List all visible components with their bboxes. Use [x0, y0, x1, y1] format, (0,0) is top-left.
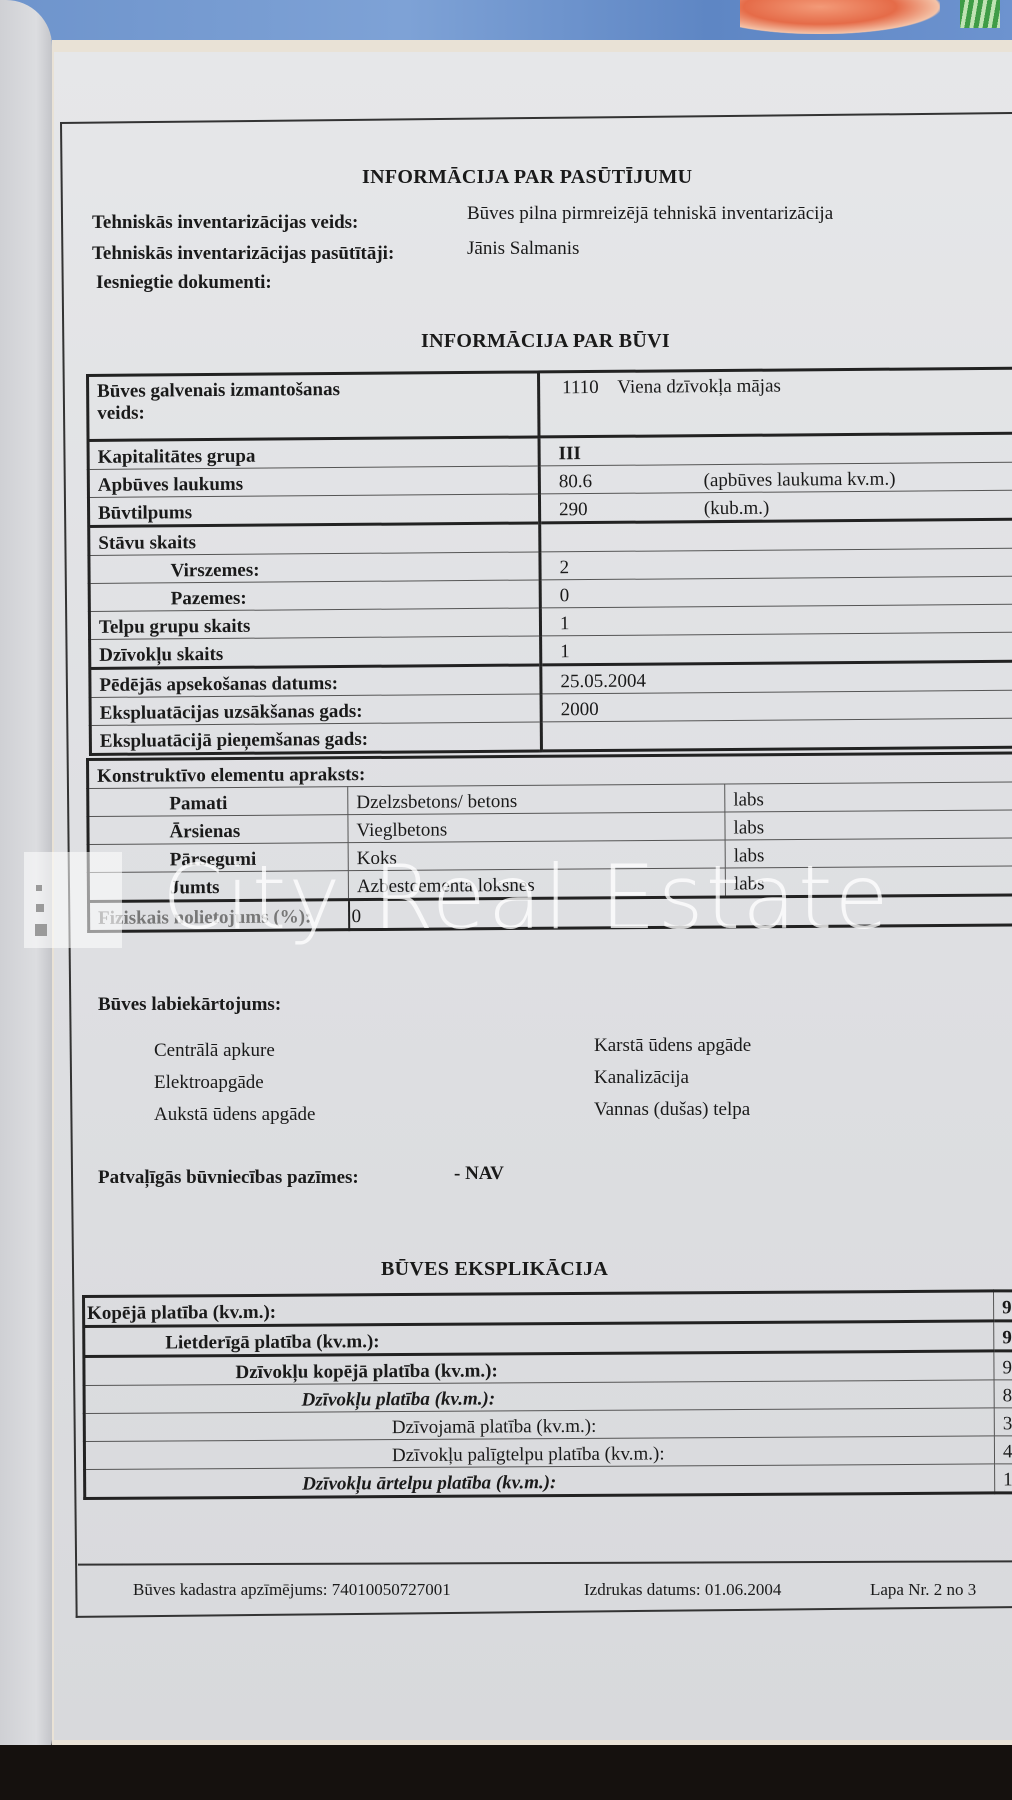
amenity-item: Kanalizācija: [594, 1067, 689, 1089]
floors-below-value: 0: [540, 576, 1012, 608]
submitted-docs-label: Iesniegtie dokumenti:: [96, 272, 272, 294]
main-use-value: 1110 Viena dzīvokļa mājas: [538, 368, 1012, 437]
watermark: City Real Estate: [24, 852, 1004, 952]
last-survey-value: 25.05.2004: [541, 661, 1012, 694]
amenity-item: Centrālā apkure: [154, 1040, 275, 1062]
unauthorized-value: - NAV: [454, 1163, 504, 1185]
document-content: INFORMĀCIJA PAR PASŪTĪJUMU Tehniskās inv…: [0, 0, 1012, 1800]
explication-table: Kopējā platība (kv.m.): 99 Lietderīgā pl…: [82, 1289, 1012, 1500]
watermark-text: City Real Estate: [162, 846, 891, 949]
explication-title: BŪVES EKSPLIKĀCIJA: [381, 1258, 608, 1281]
built-area-value: 80.6: [559, 470, 699, 493]
amenity-item: Karstā ūdens apgāde: [594, 1035, 751, 1057]
operation-start-value: 2000: [541, 690, 1012, 722]
main-use-label: Būves galvenais izmantošanas veids:: [88, 372, 539, 441]
cadastre-number: Būves kadastra apzīmējums: 7401005072700…: [133, 1580, 451, 1600]
operation-accept-value: [541, 718, 1012, 751]
order-info-title: INFORMĀCIJA PAR PASŪTĪJUMU: [362, 166, 692, 189]
built-area-unit: (apbūves laukuma kv.m.): [704, 469, 896, 492]
orderer-value: Jānis Salmanis: [467, 238, 579, 260]
room-groups-value: 1: [540, 604, 1012, 636]
footer-divider: [78, 1560, 1012, 1565]
inventory-type-value: Būves pilna pirmreizējā tehniskā inventa…: [467, 203, 833, 225]
amenity-item: Vannas (dušas) telpa: [594, 1099, 750, 1121]
volume-unit: (kub.m.): [704, 498, 770, 520]
amenities-title: Būves labiekārtojums:: [98, 994, 281, 1016]
apartments-value: 1: [541, 632, 1012, 665]
explication-row: Dzīvokļu ārtelpu platība (kv.m.): 18: [85, 1464, 1012, 1499]
inventory-type-label: Tehniskās inventarizācijas veids:: [92, 212, 358, 234]
print-date: Izdrukas datums: 01.06.2004: [584, 1580, 781, 1600]
amenity-item: Elektroapgāde: [154, 1072, 264, 1094]
building-info-table: Būves galvenais izmantošanas veids: 1110…: [86, 367, 1012, 756]
main-use-row: Būves galvenais izmantošanas veids: 1110…: [88, 368, 1012, 440]
capital-group-value: III: [539, 433, 1012, 466]
floors-above-value: 2: [540, 548, 1012, 580]
unauthorized-label: Patvaļīgās būvniecības pazīmes:: [98, 1167, 359, 1189]
dark-surface: [0, 1745, 1012, 1800]
amenity-item: Aukstā ūdens apgāde: [154, 1104, 315, 1126]
building-info-title: INFORMĀCIJA PAR BŪVI: [421, 330, 670, 353]
page-number: Lapa Nr. 2 no 3: [870, 1580, 976, 1600]
orderer-label: Tehniskās inventarizācijas pasūtītāji:: [92, 243, 394, 265]
volume-value: 290: [559, 498, 699, 521]
